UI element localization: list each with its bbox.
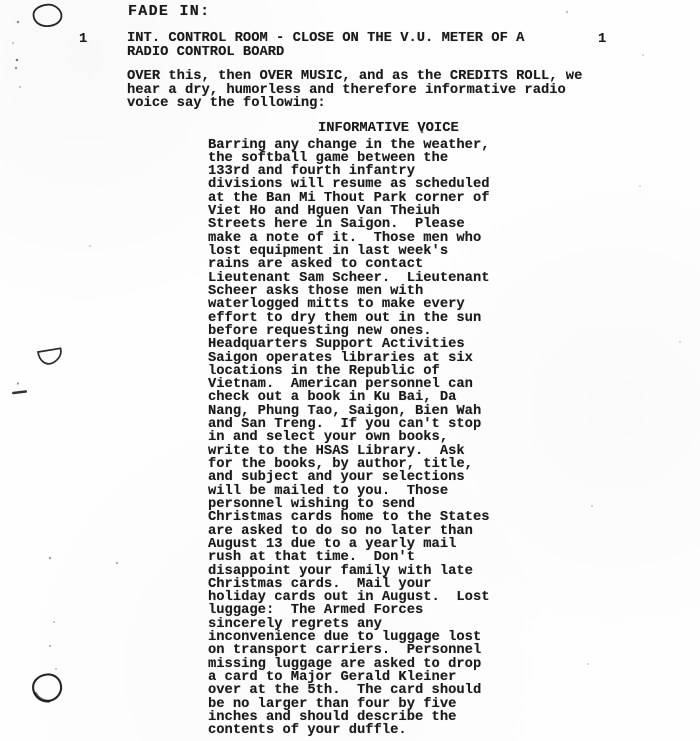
- dialogue-block: Barring any change in the weather, the s…: [208, 139, 490, 738]
- punch-hole-top-icon: [33, 5, 61, 26]
- transition-fade-in: FADE IN:: [128, 4, 210, 19]
- screenplay-page: FADE IN: 1 INT. CONTROL ROOM - CLOSE ON …: [0, 0, 700, 741]
- action-paragraph: OVER this, then OVER MUSIC, and as the C…: [127, 70, 582, 111]
- scene-number-right: 1: [598, 33, 606, 47]
- character-cue: INFORMATIVE VOICE: [318, 122, 459, 136]
- scene-number-left: 1: [79, 33, 87, 47]
- punch-hole-middle-icon: [38, 348, 61, 363]
- punch-hole-bottom-icon: [33, 674, 61, 701]
- punch-hole-bottom-shade: [36, 694, 49, 702]
- scene-heading: INT. CONTROL ROOM - CLOSE ON THE V.U. ME…: [127, 32, 524, 59]
- stray-dash-mark: [12, 390, 27, 394]
- stray-dot: [17, 382, 19, 384]
